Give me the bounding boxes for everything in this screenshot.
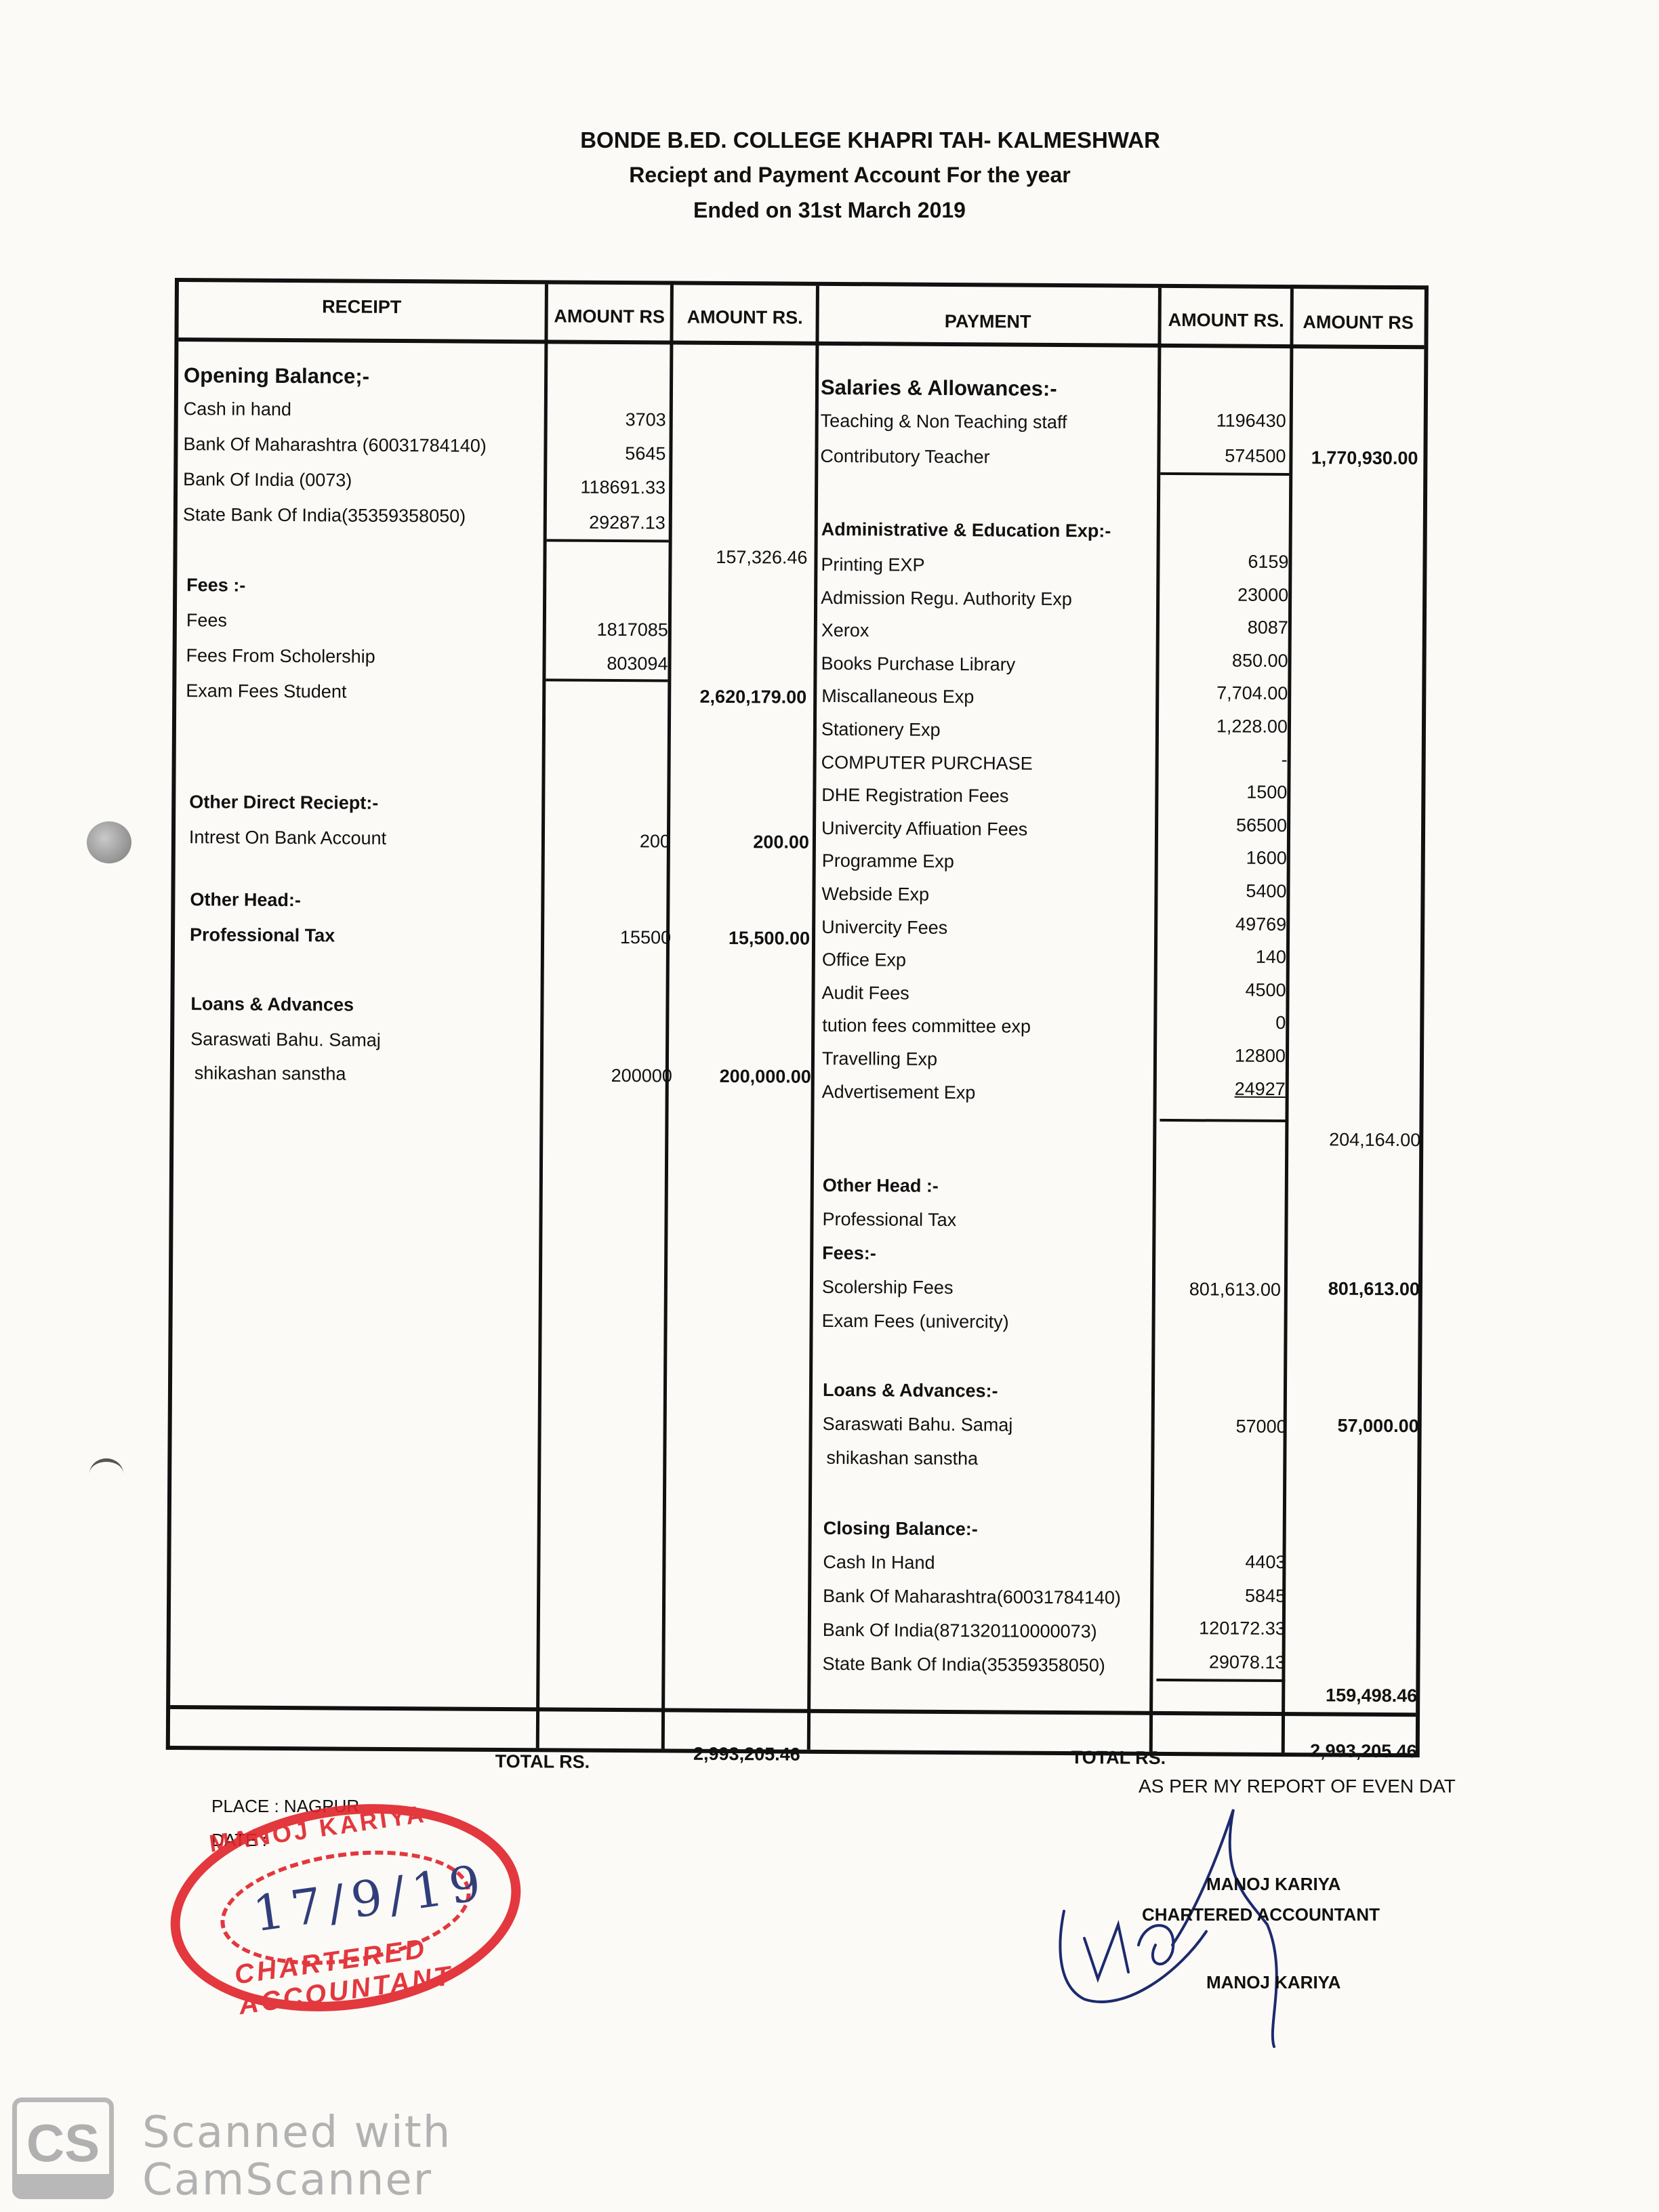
payment-label: Travelling Exp <box>822 1048 937 1070</box>
payment-amount: 1500 <box>1158 781 1287 803</box>
payment-amount: 0 <box>1157 1012 1286 1033</box>
receipt-amount: 15500 <box>544 926 671 948</box>
payment-label: Audit Fees <box>821 983 909 1004</box>
subtotal-rule <box>1160 1119 1288 1122</box>
payment-label: Xerox <box>821 620 869 641</box>
payment-label: Admission Regu. Authority Exp <box>821 587 1072 609</box>
punch-hole <box>89 1458 123 1489</box>
receipt-subtotal: 2,620,179.00 <box>671 686 806 708</box>
receipt-label: Fees <box>186 610 227 631</box>
payment-amount: 8087 <box>1160 617 1288 638</box>
payment-amount: 5400 <box>1158 880 1286 902</box>
payment-amount: 4403 <box>1153 1551 1286 1573</box>
column-divider <box>661 285 674 1748</box>
payment-label: Univercity Fees <box>821 916 947 938</box>
payment-label: Scolership Fees <box>822 1277 954 1298</box>
payment-grand-total: 2,993,205.46 <box>1288 1740 1417 1762</box>
payment-label: Stationery Exp <box>821 719 941 741</box>
signatory-name: MANOJ KARIYA <box>1206 1874 1340 1895</box>
statement-title: Reciept and Payment Account For the year <box>20 163 1659 188</box>
signatory-title: CHARTERED ACCOUNTANT <box>1142 1904 1380 1925</box>
payment-label: Books Purchase Library <box>821 653 1015 676</box>
payment-subtotal: 57,000.00 <box>1290 1415 1419 1437</box>
subtotal-rule <box>546 678 668 682</box>
payment-amount: 24927 <box>1157 1078 1286 1099</box>
admin-expense-list <box>179 282 1425 289</box>
section-fees: Fees :- <box>186 575 245 596</box>
camscanner-logo-icon: CS <box>12 2097 114 2199</box>
payment-amount: 23000 <box>1160 583 1288 605</box>
receipt-label: Saraswati Bahu. Samaj <box>190 1029 381 1051</box>
receipt-label: shikashan sanstha <box>194 1063 346 1084</box>
payment-label: Teaching & Non Teaching staff <box>821 411 1067 433</box>
receipt-amount: 1817085 <box>546 619 668 640</box>
payment-label: Office Exp <box>822 949 906 971</box>
payment-amount: 120172.33 <box>1153 1618 1286 1639</box>
section-opening-balance: Opening Balance;- <box>184 363 369 389</box>
receipt-grand-total: 2,993,205.46 <box>665 1743 800 1765</box>
receipt-total-label: TOTAL RS. <box>495 1751 590 1773</box>
payment-amount: 1600 <box>1158 847 1287 869</box>
section-admin-education: Administrative & Education Exp:- <box>821 519 1111 542</box>
payment-label: Bank Of India(871320110000073) <box>823 1620 1097 1642</box>
payment-amount: 56500 <box>1158 815 1287 836</box>
payment-amount: - <box>1159 748 1288 770</box>
subtotal-rule <box>547 539 669 542</box>
header-payment-amount-1: AMOUNT RS. <box>1160 310 1292 331</box>
receipt-amount: 5645 <box>547 443 665 464</box>
receipt-amount: 200000 <box>544 1065 672 1086</box>
receipt-subtotal: 200.00 <box>674 832 809 853</box>
payment-label: Exam Fees (univercity) <box>822 1311 1009 1333</box>
section-loans-advances-payment: Loans & Advances:- <box>823 1380 998 1402</box>
subtotal-rule <box>1156 1679 1285 1682</box>
ca-stamp: MANOJ KARIYA CHARTERED ACCOUNTANT 17/9/1… <box>157 1782 535 2032</box>
receipt-label: Intrest On Bank Account <box>189 827 386 849</box>
receipt-subtotal: 157,326.46 <box>672 546 807 568</box>
payment-subtotal: 204,164.00 <box>1292 1129 1420 1151</box>
payment-amount: 6159 <box>1160 551 1288 573</box>
receipt-payment-table: RECEIPT AMOUNT RS AMOUNT RS. PAYMENT AMO… <box>166 278 1429 1757</box>
total-divider <box>170 1705 1416 1717</box>
receipt-amount: 118691.33 <box>547 476 665 498</box>
receipt-label: Exam Fees Student <box>186 680 346 702</box>
payment-label: Miscallaneous Exp <box>821 686 974 708</box>
payment-label: Bank Of Maharashtra(60031784140) <box>823 1586 1121 1609</box>
watermark-line-1: Scanned with <box>142 2108 451 2158</box>
column-divider <box>536 284 548 1748</box>
header-payment: PAYMENT <box>818 310 1158 333</box>
receipt-label: Bank Of India (0073) <box>183 469 352 491</box>
receipt-amount: 803094 <box>546 653 668 674</box>
payment-amount: 574500 <box>1160 445 1286 467</box>
payment-label: Contributory Teacher <box>820 446 989 468</box>
payment-amount: 140 <box>1158 946 1286 968</box>
payment-amount: 5845 <box>1153 1585 1286 1607</box>
receipt-subtotal: 15,500.00 <box>674 928 810 949</box>
institution-name: BONDE B.ED. COLLEGE KHAPRI TAH- KALMESHW… <box>41 127 1659 153</box>
payment-amount: 4500 <box>1158 979 1286 1001</box>
header-receipt-amount-1: AMOUNT RS <box>547 306 672 327</box>
receipt-amount: 29287.13 <box>547 512 665 533</box>
payment-subtotal: 801,613.00 <box>1291 1278 1420 1300</box>
header-payment-amount-2: AMOUNT RS <box>1292 312 1425 333</box>
receipt-subtotal: 200,000.00 <box>676 1066 811 1088</box>
payment-subtotal: 1,770,930.00 <box>1292 447 1418 469</box>
payment-amount: 29078.13 <box>1153 1652 1285 1673</box>
payment-subtotal: 159,498.46 <box>1288 1685 1417 1706</box>
section-other-head-payment: Other Head :- <box>823 1175 939 1197</box>
receipt-amount: 3703 <box>548 409 666 430</box>
section-other-head: Other Head:- <box>190 889 301 911</box>
section-salaries: Salaries & Allowances:- <box>821 375 1057 401</box>
section-closing-balance: Closing Balance:- <box>823 1518 978 1540</box>
payment-label: Programme Exp <box>822 851 954 872</box>
payment-amount: 12800 <box>1157 1045 1286 1067</box>
payment-label: Webside Exp <box>821 884 929 905</box>
payment-amount: 801,613.00 <box>1155 1279 1281 1300</box>
payment-amount: 850.00 <box>1159 650 1288 672</box>
payment-amount: 1,228.00 <box>1159 716 1288 737</box>
receipt-label: Bank Of Maharashtra (60031784140) <box>183 434 486 457</box>
payment-amount: 49769 <box>1158 913 1286 935</box>
subtotal-rule <box>1160 472 1289 476</box>
payment-label: Advertisement Exp <box>822 1081 976 1103</box>
payment-label: Printing EXP <box>821 554 924 576</box>
statement-period: Ended on 31st March 2019 <box>0 198 1659 223</box>
payment-label: Saraswati Bahu. Samaj <box>823 1414 1013 1436</box>
section-other-direct-receipt: Other Direct Reciept:- <box>189 792 378 814</box>
column-divider <box>807 286 819 1750</box>
receipt-label: Fees From Scholership <box>186 645 375 668</box>
section-fees-payment: Fees:- <box>822 1243 876 1264</box>
signatory-name-repeat: MANOJ KARIYA <box>1206 1972 1340 1993</box>
payment-label: tution fees committee exp <box>822 1015 1031 1038</box>
payment-label: Professional Tax <box>822 1209 956 1231</box>
receipt-label: State Bank Of India(35359358050) <box>183 504 466 527</box>
receipt-label: Cash in hand <box>184 398 291 420</box>
header-receipt: RECEIPT <box>179 295 545 319</box>
receipt-amount: 200 <box>545 830 670 852</box>
section-loans-advances: Loans & Advances <box>190 994 354 1015</box>
header-receipt-amount-2: AMOUNT RS. <box>672 306 818 328</box>
watermark-line-2: CamScanner <box>142 2155 432 2205</box>
payment-amount: 7,704.00 <box>1159 682 1288 704</box>
payment-amount: 1196430 <box>1161 410 1286 432</box>
payment-label: DHE Registration Fees <box>821 785 1008 807</box>
punch-hole <box>87 821 131 863</box>
header-divider <box>178 337 1424 349</box>
payment-total-label: TOTAL RS. <box>1071 1747 1166 1769</box>
payment-label: shikashan sanstha <box>826 1448 978 1469</box>
payment-label: State Bank Of India(35359358050) <box>822 1654 1105 1677</box>
payment-amount: 57000 <box>1155 1416 1287 1437</box>
payment-label: Cash In Hand <box>823 1552 935 1574</box>
payment-label: Univercity Affiuation Fees <box>821 818 1027 840</box>
receipt-label: Professional Tax <box>190 924 335 946</box>
payment-label: COMPUTER PURCHASE <box>821 752 1033 774</box>
